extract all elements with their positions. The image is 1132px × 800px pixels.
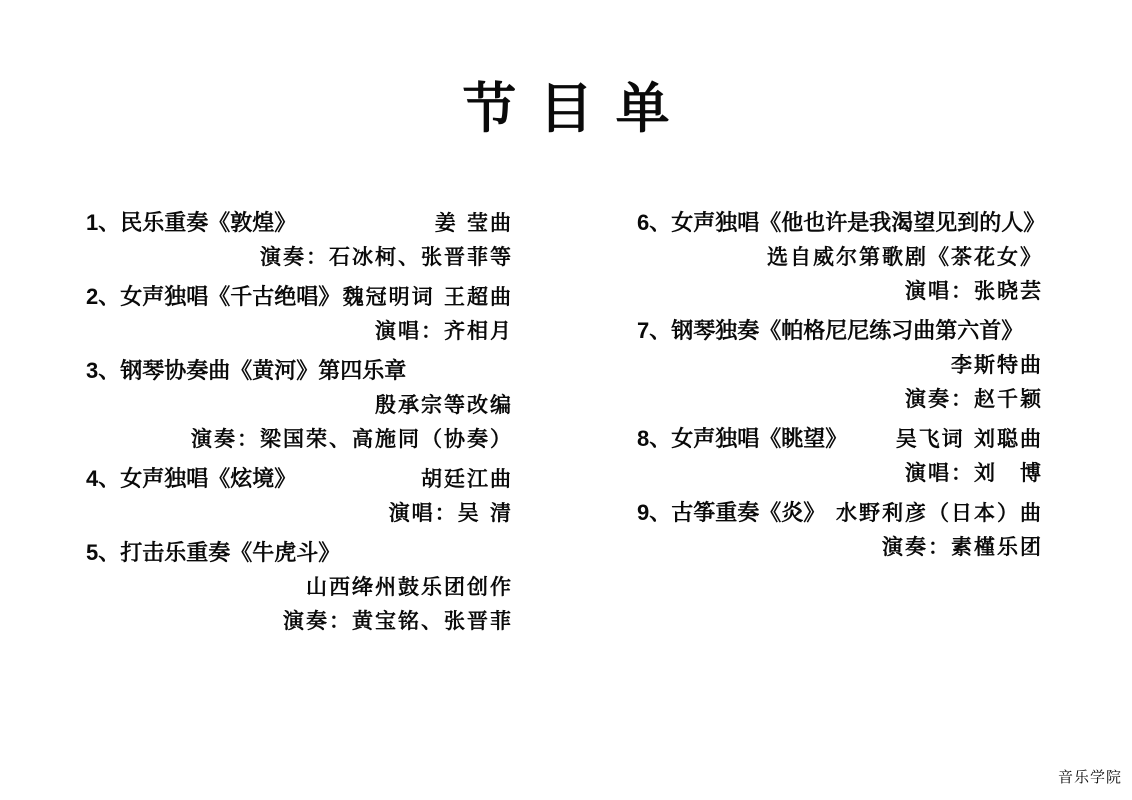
program-item: 3、钢琴协奏曲《黄河》第四乐章殷承宗等改编演奏：梁国荣、高施同（协奏） <box>86 354 513 456</box>
program-item-title: 女声独唱《炫境》 <box>120 466 296 491</box>
program-item-credit-line: 演奏：赵千颖 <box>637 382 1043 416</box>
program-item-credit-line: 演唱：齐相月 <box>86 314 513 348</box>
program-item: 8、女声独唱《眺望》吴飞词 刘聪曲演唱：刘 博 <box>637 422 1043 490</box>
program-right-column: 6、女声独唱《他也许是我渴望见到的人》选自威尔第歌剧《茶花女》演唱：张晓芸7、钢… <box>637 206 1043 570</box>
program-item-title-line: 8、女声独唱《眺望》吴飞词 刘聪曲 <box>637 422 1043 456</box>
program-item: 2、女声独唱《千古绝唱》魏冠明词 王超曲演唱：齐相月 <box>86 280 513 348</box>
program-item-number-and-title: 4、女声独唱《炫境》 <box>86 462 296 496</box>
program-item-number: 3、 <box>86 358 120 383</box>
program-item: 7、钢琴独奏《帕格尼尼练习曲第六首》李斯特曲演奏：赵千颖 <box>637 314 1043 416</box>
program-item-number: 2、 <box>86 284 120 309</box>
page-title: 节目单 <box>0 66 1132 143</box>
program-item-inline-credit: 吴飞词 刘聪曲 <box>896 422 1043 456</box>
program-item-number: 5、 <box>86 540 120 565</box>
program-item-title-line: 1、民乐重奏《敦煌》姜 莹曲 <box>86 206 513 240</box>
program-item-credit-line: 演奏：梁国荣、高施同（协奏） <box>86 422 513 456</box>
program-item-credit-line: 殷承宗等改编 <box>86 388 513 422</box>
program-item-number-and-title: 1、民乐重奏《敦煌》 <box>86 206 296 240</box>
program-item-title: 钢琴协奏曲《黄河》第四乐章 <box>120 358 406 383</box>
program-item-title: 钢琴独奏《帕格尼尼练习曲第六首》 <box>671 318 1023 343</box>
program-item-number: 9、 <box>637 500 671 525</box>
program-item-title: 民乐重奏《敦煌》 <box>120 210 296 235</box>
program-item-number: 6、 <box>637 210 671 235</box>
program-item: 4、女声独唱《炫境》胡廷江曲演唱：吴 清 <box>86 462 513 530</box>
program-item-credit-line: 演唱：张晓芸 <box>637 274 1043 308</box>
program-item-number-and-title: 6、女声独唱《他也许是我渴望见到的人》 <box>637 206 1045 240</box>
program-item-inline-credit: 姜 莹曲 <box>435 206 513 240</box>
program-item-credit-line: 山西绛州鼓乐团创作 <box>86 570 513 604</box>
program-item-inline-credit: 水野利彦（日本）曲 <box>836 496 1043 530</box>
program-item-title-line: 5、打击乐重奏《牛虎斗》 <box>86 536 513 570</box>
program-item-credit-line: 演唱：吴 清 <box>86 496 513 530</box>
program-item-number: 1、 <box>86 210 120 235</box>
program-item-title-line: 7、钢琴独奏《帕格尼尼练习曲第六首》 <box>637 314 1043 348</box>
program-item-title: 女声独唱《眺望》 <box>671 426 847 451</box>
program-item-title-line: 3、钢琴协奏曲《黄河》第四乐章 <box>86 354 513 388</box>
program-item-number-and-title: 9、古筝重奏《炎》 <box>637 496 825 530</box>
program-item: 1、民乐重奏《敦煌》姜 莹曲演奏：石冰柯、张晋菲等 <box>86 206 513 274</box>
program-item-credit-line: 演唱：刘 博 <box>637 456 1043 490</box>
program-item-credit-line: 演奏：素槿乐团 <box>637 530 1043 564</box>
program-item-number-and-title: 7、钢琴独奏《帕格尼尼练习曲第六首》 <box>637 314 1023 348</box>
program-item-title-line: 6、女声独唱《他也许是我渴望见到的人》 <box>637 206 1043 240</box>
program-item-number-and-title: 3、钢琴协奏曲《黄河》第四乐章 <box>86 354 406 388</box>
program-item-credit-line: 选自威尔第歌剧《茶花女》 <box>637 240 1043 274</box>
program-item-title-line: 4、女声独唱《炫境》胡廷江曲 <box>86 462 513 496</box>
program-item-number: 7、 <box>637 318 671 343</box>
program-item-title-line: 2、女声独唱《千古绝唱》魏冠明词 王超曲 <box>86 280 513 314</box>
program-item-number-and-title: 2、女声独唱《千古绝唱》 <box>86 280 340 314</box>
program-item-inline-credit: 魏冠明词 王超曲 <box>343 280 513 314</box>
program-item-credit-line: 李斯特曲 <box>637 348 1043 382</box>
page-footer: 音乐学院 <box>1058 766 1122 787</box>
program-item: 6、女声独唱《他也许是我渴望见到的人》选自威尔第歌剧《茶花女》演唱：张晓芸 <box>637 206 1043 308</box>
program-item-title: 女声独唱《千古绝唱》 <box>120 284 340 309</box>
program-item-credit-line: 演奏：石冰柯、张晋菲等 <box>86 240 513 274</box>
program-item: 9、古筝重奏《炎》水野利彦（日本）曲演奏：素槿乐团 <box>637 496 1043 564</box>
program-item-inline-credit: 胡廷江曲 <box>421 462 513 496</box>
program-item-number: 4、 <box>86 466 120 491</box>
program-item-title: 女声独唱《他也许是我渴望见到的人》 <box>671 210 1045 235</box>
program-item-title-line: 9、古筝重奏《炎》水野利彦（日本）曲 <box>637 496 1043 530</box>
program-item-title: 古筝重奏《炎》 <box>671 500 825 525</box>
program-item-title: 打击乐重奏《牛虎斗》 <box>120 540 340 565</box>
program-item-number-and-title: 5、打击乐重奏《牛虎斗》 <box>86 536 340 570</box>
program-item-number: 8、 <box>637 426 671 451</box>
program-item-credit-line: 演奏：黄宝铭、张晋菲 <box>86 604 513 638</box>
program-left-column: 1、民乐重奏《敦煌》姜 莹曲演奏：石冰柯、张晋菲等2、女声独唱《千古绝唱》魏冠明… <box>86 206 513 644</box>
program-item-number-and-title: 8、女声独唱《眺望》 <box>637 422 847 456</box>
program-page: { "page": { "title": "节目单", "footer": "音… <box>0 0 1132 800</box>
program-item: 5、打击乐重奏《牛虎斗》山西绛州鼓乐团创作演奏：黄宝铭、张晋菲 <box>86 536 513 638</box>
